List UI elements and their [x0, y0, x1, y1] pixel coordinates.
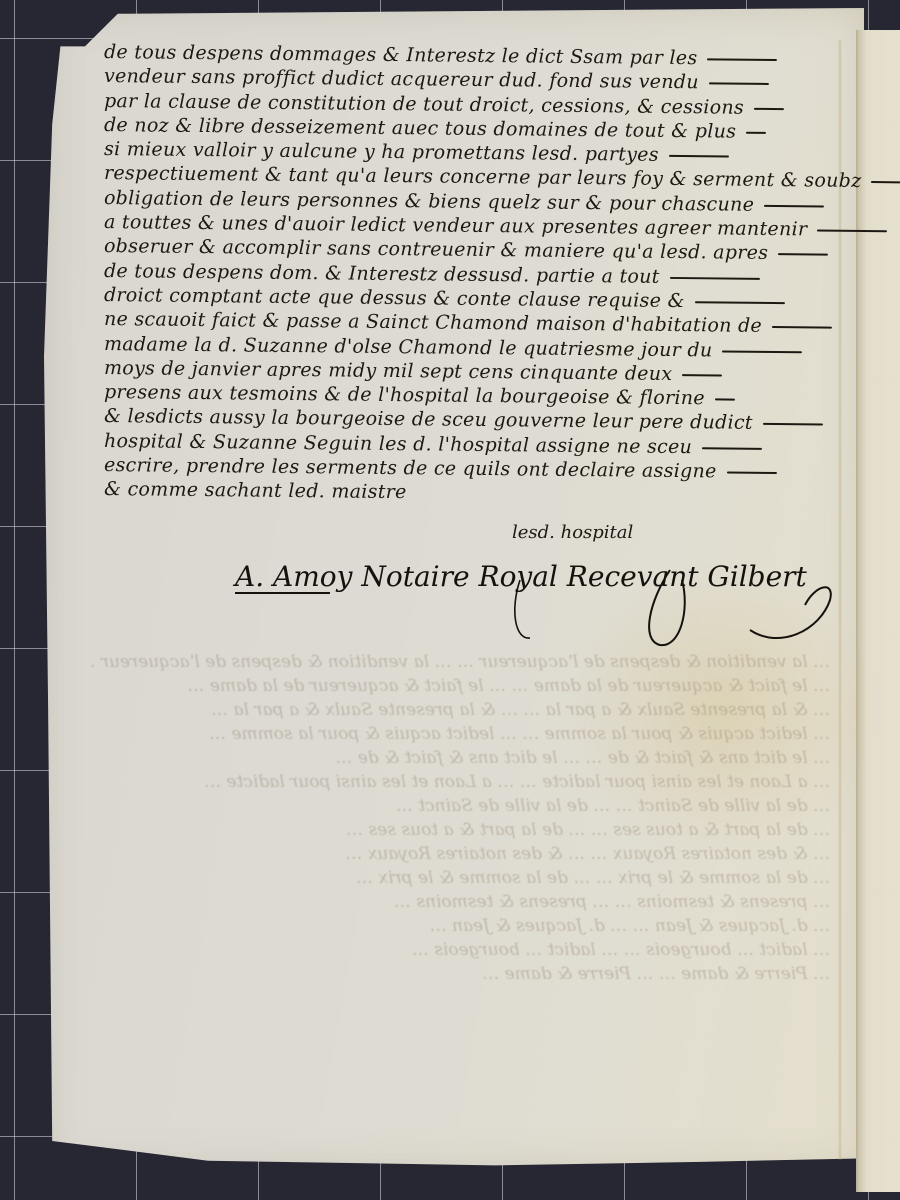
line-filler-stroke: [754, 107, 784, 109]
line-filler-stroke: [709, 83, 769, 86]
bleed-through-line: … de la ville de Sainct … … de la ville …: [90, 794, 830, 818]
line-filler-stroke: [722, 350, 802, 353]
bleed-through-line: … ladict … bourgeois … … ladict … bourge…: [90, 938, 830, 962]
signature-underline: [235, 592, 330, 594]
adjacent-page-edge: [856, 30, 900, 1192]
bleed-through-line: … de la part & a tous ses … … de la part…: [90, 818, 830, 842]
signature-text: A. Amoy Notaire Royal Recevant Gilbert: [235, 560, 807, 593]
line-filler-stroke: [702, 447, 762, 450]
line-filler-stroke: [772, 326, 832, 329]
bleed-through-line: … la vendition & despens de l'acquereur …: [90, 650, 830, 674]
line-filler-stroke: [778, 253, 828, 256]
line-filler-stroke: [695, 301, 785, 304]
bleed-through-line: … & la presente Saulx & a par la … … & l…: [90, 698, 830, 722]
notary-signature: A. Amoy Notaire Royal Recevant Gilbert: [235, 560, 845, 640]
line-filler-stroke: [707, 58, 777, 61]
line-filler-stroke: [746, 132, 766, 134]
bleed-through-line: … le faict & acquereur de la dame … … le…: [90, 674, 830, 698]
bleed-through-line: … le dict ans & faict & de … … le dict a…: [90, 746, 830, 770]
line-filler-stroke: [715, 399, 735, 401]
line-filler-stroke: [764, 205, 824, 208]
line-filler-stroke: [669, 155, 729, 158]
bleed-through-line: … d. Jacques & Jean … … d. Jacques & Jea…: [90, 914, 830, 938]
line-filler-stroke: [727, 472, 777, 475]
bleed-through-line: … Pierre & dame … … Pierre & dame …: [90, 962, 830, 986]
bleed-through-line: … de la somme & le prix … … de la somme …: [90, 866, 830, 890]
bleed-through-line: … ledict acquis & pour la somme … … ledi…: [90, 722, 830, 746]
manuscript-body: de tous despens dommages & Interestz le …: [104, 40, 844, 502]
bleed-through-line: … & des notaires Royaux … … & des notair…: [90, 842, 830, 866]
line-filler-stroke: [682, 374, 722, 376]
manuscript-line-text: & comme sachant led. maistre: [104, 478, 407, 503]
bleed-through-line: … a Laon et les ainsi pour ladicte … … a…: [90, 770, 830, 794]
closing-note: lesd. hospital: [512, 522, 633, 543]
bleed-through-text: … la vendition & despens de l'acquereur …: [90, 650, 830, 1070]
bleed-through-line: … presens & tesmoins … … presens & tesmo…: [90, 890, 830, 914]
line-filler-stroke: [670, 277, 760, 280]
line-filler-stroke: [763, 423, 823, 426]
